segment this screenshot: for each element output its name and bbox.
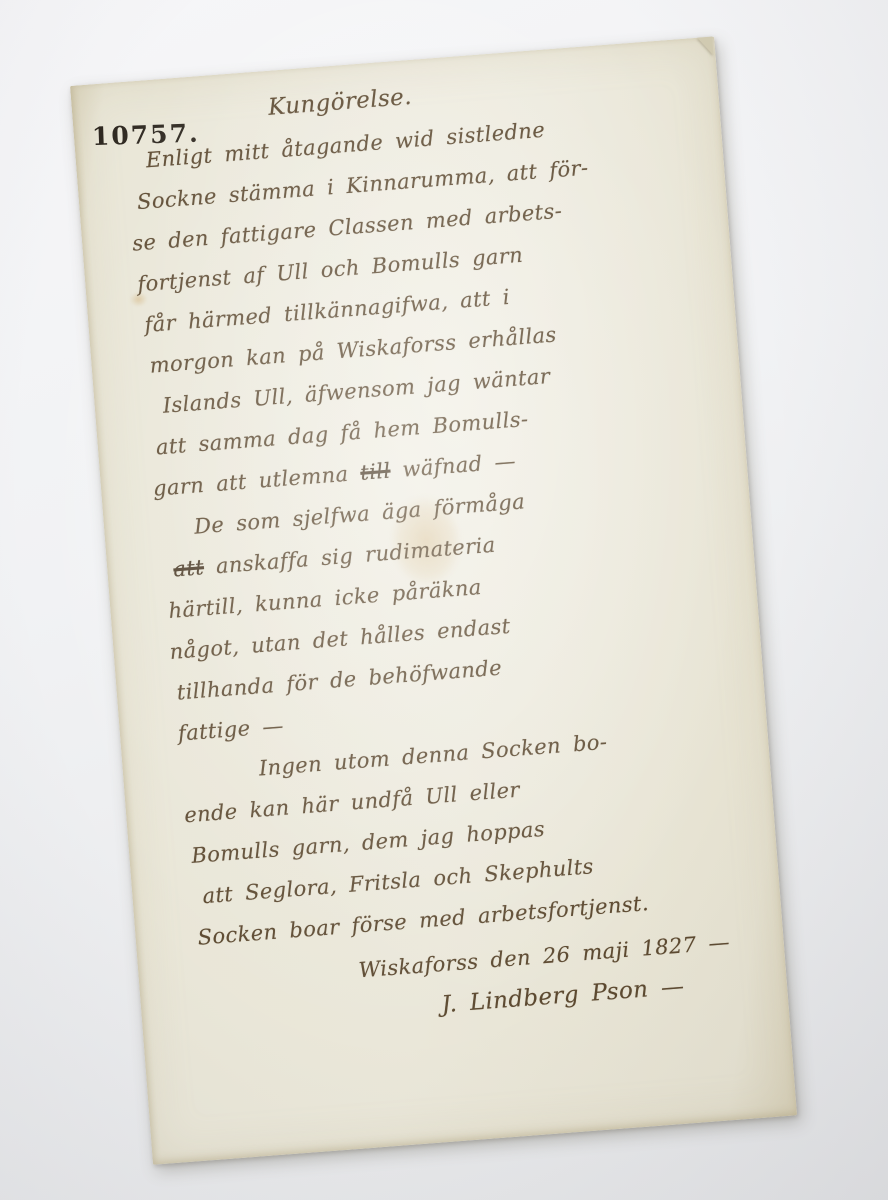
photograph-of-manuscript: 10757. Kungörelse. Enligt mitt åtagande … <box>0 0 888 1200</box>
line-text: garn att utlemna <box>152 461 361 501</box>
manuscript-text: Kungörelse. Enligt mitt åtagande wid sis… <box>70 36 788 1049</box>
struck-word: att <box>172 555 204 581</box>
struck-word: till <box>359 459 391 485</box>
line-text: wäfnad — <box>390 449 517 483</box>
manuscript-paper: 10757. Kungörelse. Enligt mitt åtagande … <box>70 36 797 1164</box>
